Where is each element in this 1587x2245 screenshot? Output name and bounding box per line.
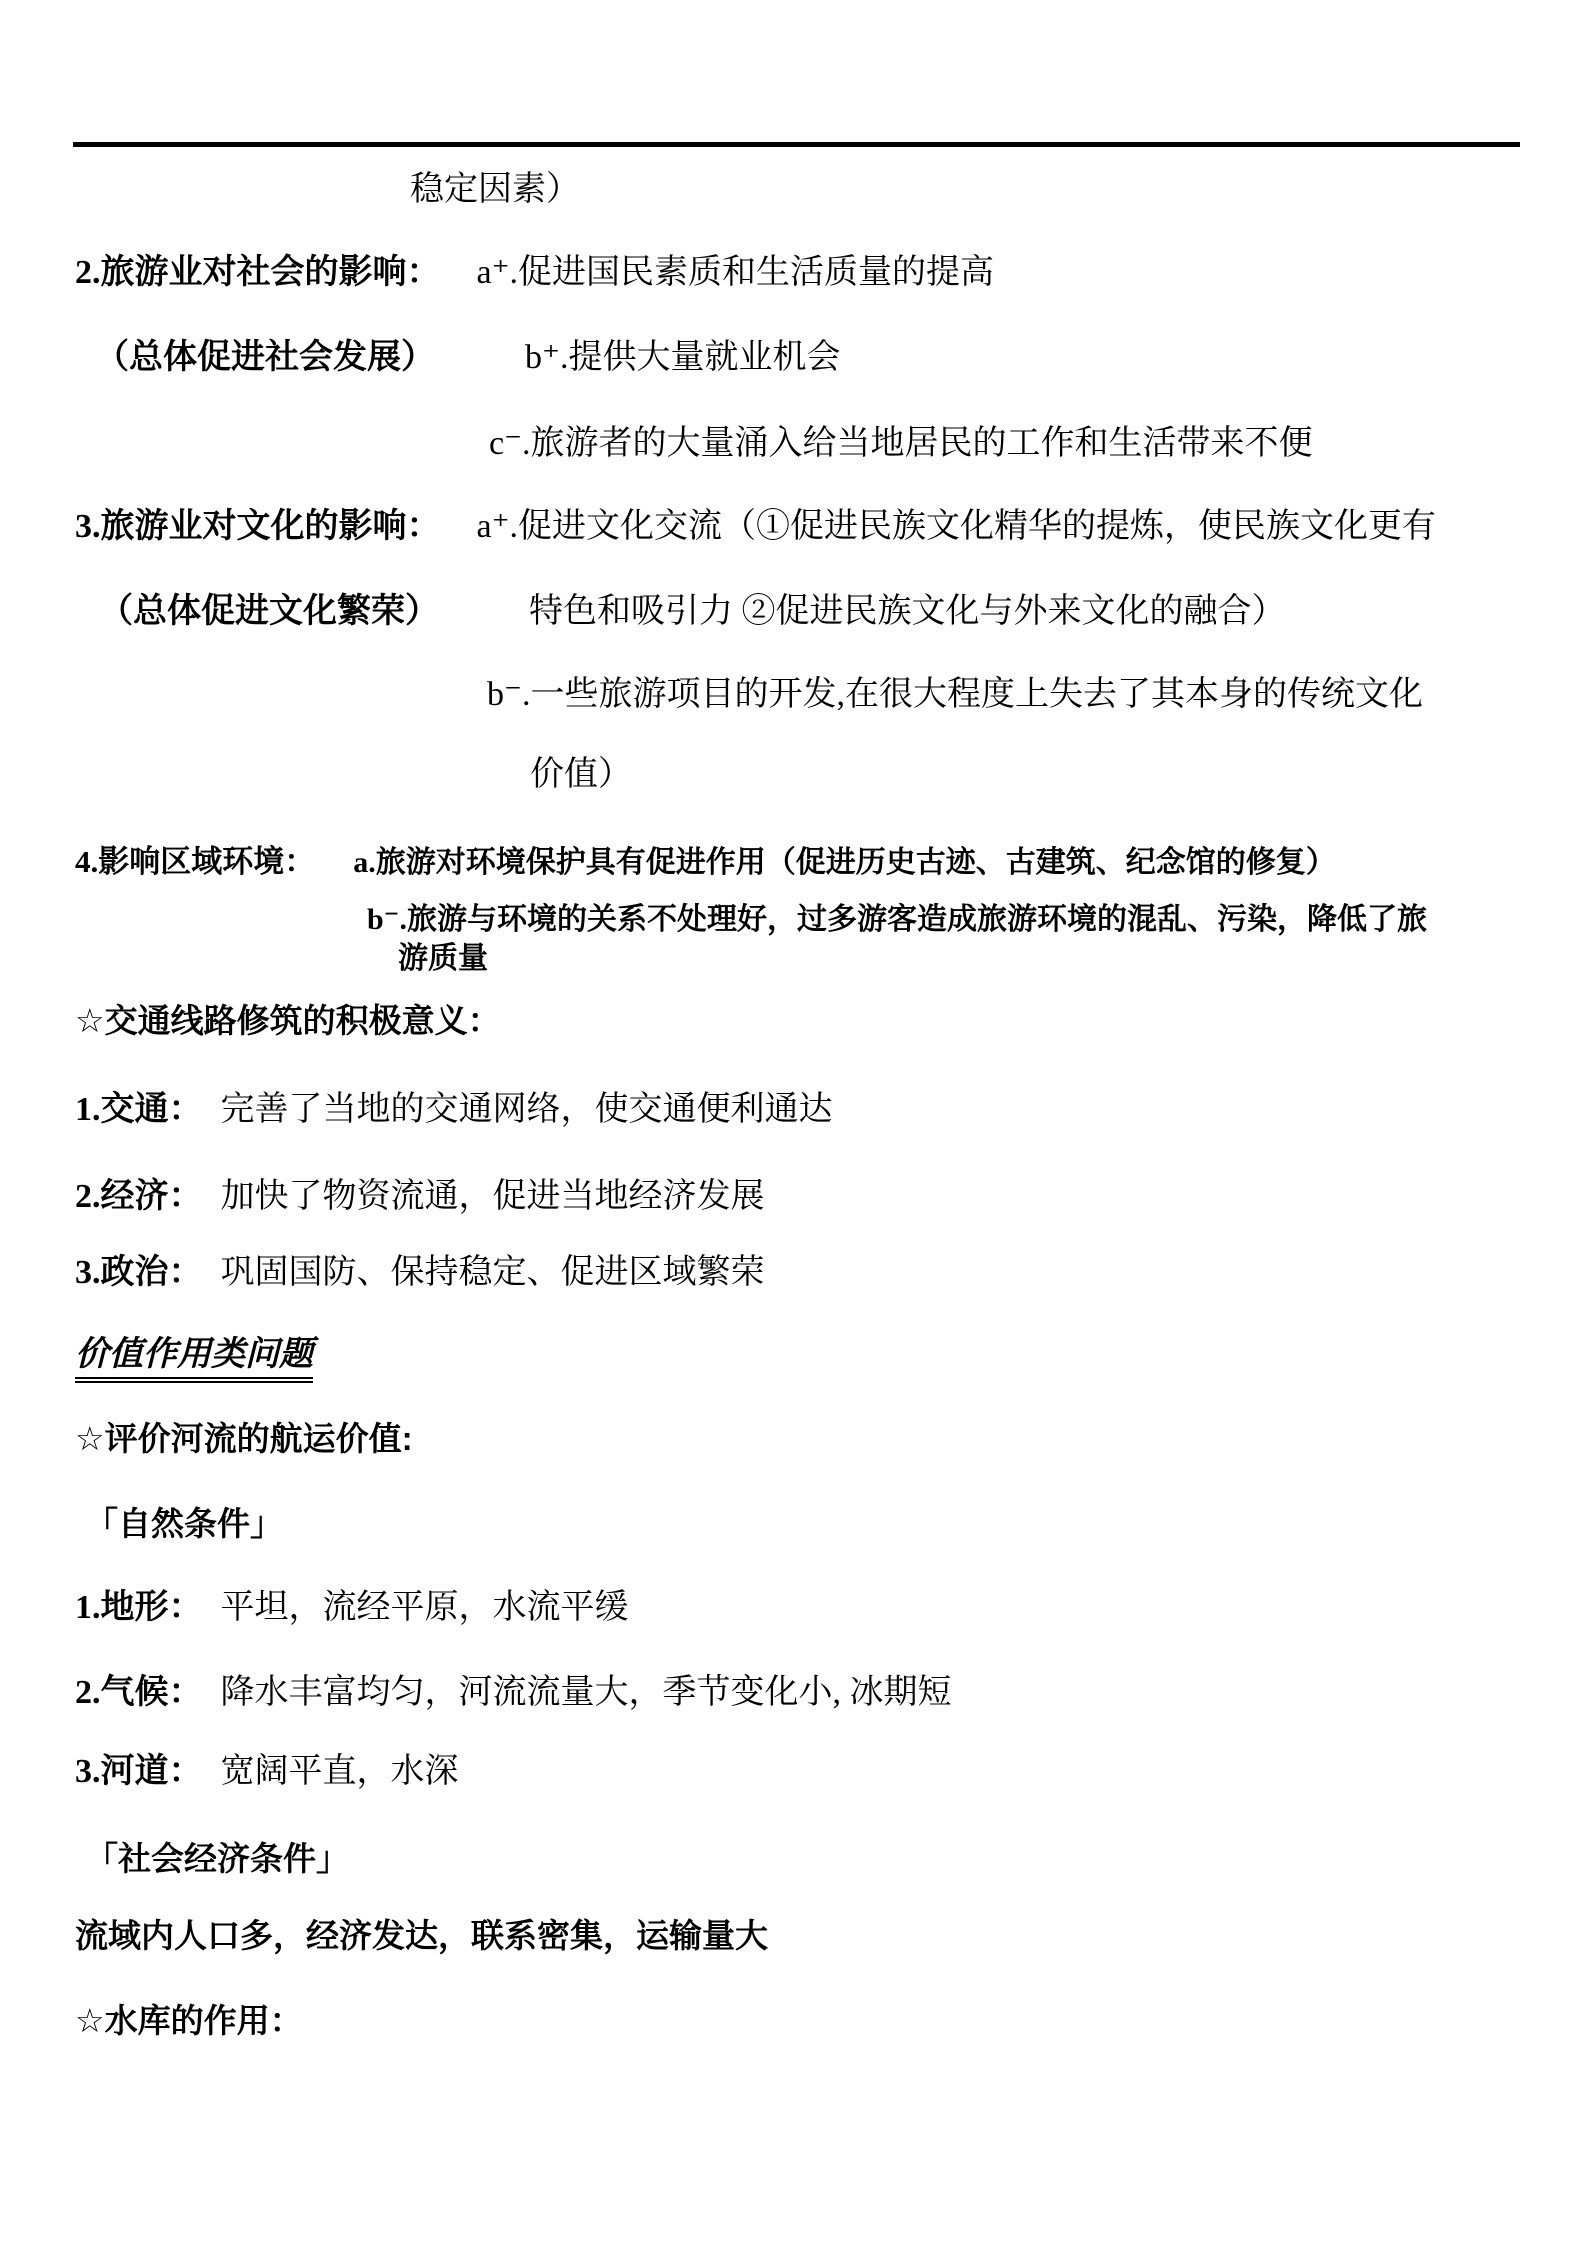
transport-text: 完善了当地的交通网络，使交通便利通达 — [221, 1091, 833, 1128]
social-note-label: （总体促进社会发展） — [95, 339, 435, 376]
region-env-label: 4.影响区域环境： — [75, 844, 315, 879]
politics-label: 3.政治： — [75, 1254, 203, 1291]
value-category-title: 价值作用类问题 — [75, 1336, 313, 1383]
line-region-env-b: b⁻.旅游与环境的关系不处理好，过多游客造成旅游环境的混乱、污染，降低了旅 — [367, 903, 1427, 938]
line-basin-summary: 流域内人口多，经济发达，联系密集，运输量大 — [75, 1917, 768, 1955]
line-transport: 1.交通：完善了当地的交通网络，使交通便利通达 — [75, 1090, 833, 1129]
subheading-socioeconomic-conditions: 「社会经济条件」 — [85, 1840, 349, 1878]
line-social-note: （总体促进社会发展）b⁺.提供大量就业机会 — [95, 338, 840, 377]
subheading-natural-conditions: 「自然条件」 — [85, 1505, 283, 1543]
line-politics: 3.政治：巩固国防、保持稳定、促进区域繁荣 — [75, 1253, 765, 1292]
channel-text: 宽阔平直，水深 — [221, 1753, 459, 1790]
document-page: 稳定因素） 2.旅游业对社会的影响：a⁺.促进国民素质和生活质量的提高 （总体促… — [0, 0, 1587, 2245]
line-culture-note: （总体促进文化繁荣）特色和吸引力 ②促进民族文化与外来文化的融合） — [99, 592, 1286, 631]
region-env-a: a.旅游对环境保护具有促进作用（促进历史古迹、古建筑、纪念馆的修复） — [353, 846, 1336, 879]
line-culture-b: b⁻.一些旅游项目的开发,在很大程度上失去了其本身的传统文化 — [487, 675, 1423, 714]
transport-label: 1.交通： — [75, 1091, 203, 1128]
channel-label: 3.河道： — [75, 1753, 203, 1790]
line-social-impact: 2.旅游业对社会的影响：a⁺.促进国民素质和生活质量的提高 — [75, 253, 994, 292]
climate-label: 2.气候： — [75, 1674, 203, 1711]
social-impact-a: a⁺.促进国民素质和生活质量的提高 — [477, 254, 995, 291]
culture-a-cont: 特色和吸引力 ②促进民族文化与外来文化的融合） — [529, 593, 1286, 630]
culture-impact-a: a⁺.促进文化交流（①促进民族文化精华的提炼，使民族文化更有 — [477, 508, 1437, 545]
heading-river-navigation: ☆评价河流的航运价值: — [75, 1420, 413, 1458]
line-terrain: 1.地形：平坦，流经平原，水流平缓 — [75, 1588, 629, 1627]
social-impact-b: b⁺.提供大量就业机会 — [525, 339, 840, 376]
line-economy: 2.经济：加快了物资流通，促进当地经济发展 — [75, 1177, 765, 1216]
line-region-env: 4.影响区域环境：a.旅游对环境保护具有促进作用（促进历史古迹、古建筑、纪念馆的… — [75, 842, 1336, 881]
header-rule — [73, 142, 1520, 147]
economy-label: 2.经济： — [75, 1178, 203, 1215]
line-culture-impact: 3.旅游业对文化的影响：a⁺.促进文化交流（①促进民族文化精华的提炼，使民族文化… — [75, 507, 1436, 546]
terrain-text: 平坦，流经平原，水流平缓 — [221, 1589, 629, 1626]
line-culture-b-cont: 价值） — [530, 755, 632, 794]
culture-impact-label: 3.旅游业对文化的影响： — [75, 508, 441, 545]
line-climate: 2.气候：降水丰富均匀，河流流量大，季节变化小, 冰期短 — [75, 1673, 952, 1712]
line-region-env-b-cont: 游质量 — [398, 942, 488, 977]
economy-text: 加快了物资流通，促进当地经济发展 — [221, 1178, 765, 1215]
heading-value-category: 价值作用类问题 — [75, 1335, 313, 1374]
heading-transport-significance: ☆交通线路修筑的积极意义： — [75, 1002, 501, 1040]
line-carryover-stability: 稳定因素） — [410, 170, 580, 209]
line-social-c: c⁻.旅游者的大量涌入给当地居民的工作和生活带来不便 — [489, 424, 1313, 463]
heading-reservoir: ☆水库的作用： — [75, 2002, 303, 2040]
culture-note-label: （总体促进文化繁荣） — [99, 593, 439, 630]
terrain-label: 1.地形： — [75, 1589, 203, 1626]
climate-text: 降水丰富均匀，河流流量大，季节变化小, 冰期短 — [221, 1674, 952, 1711]
line-channel: 3.河道：宽阔平直，水深 — [75, 1752, 459, 1791]
politics-text: 巩固国防、保持稳定、促进区域繁荣 — [221, 1254, 765, 1291]
social-impact-label: 2.旅游业对社会的影响： — [75, 254, 441, 291]
